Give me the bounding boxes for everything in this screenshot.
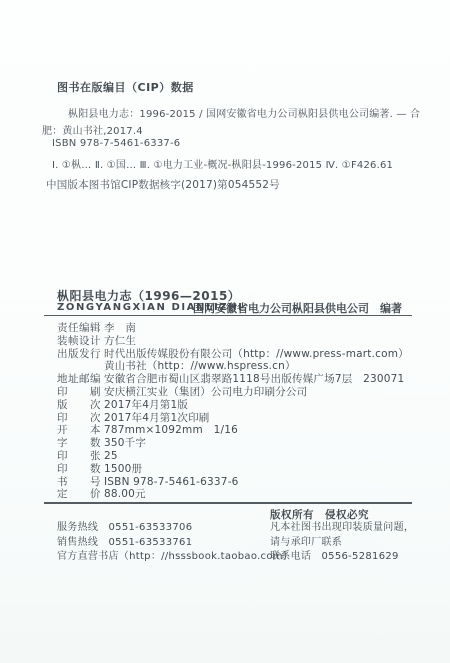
colophon-row-wordcount: 字 数350千字 [57,437,409,450]
colophon-row-designer: 装帧设计方仁生 [57,335,409,348]
service-hotline: 服务热线 0551-63533706 [57,521,293,536]
quality-note-line1: 凡本社图书出现印装质量问题， [270,521,414,536]
copyright-notice: 版权所有 侵权必究 [270,507,369,522]
colophon-value: 方仁生 [104,335,136,347]
footer-contact-left: 服务热线 0551-63533706 销售热线 0551-63533761 官方… [57,521,293,565]
cip-registry-number: 中国版本图书馆CIP数据核字(2017)第054552号 [46,177,280,192]
colophon-value: 2017年4月第1版 [104,399,188,411]
colophon-row-impression: 印 次2017年4月第1次印刷 [57,412,409,425]
colophon-label: 装帧设计 [57,335,104,348]
colophon-value: 时代出版传媒股份有限公司（http：//www.press-mart.com） [104,348,409,360]
colophon-value: 88.00元 [104,488,146,500]
colophon-row-editor: 责任编辑李 南 [57,322,409,335]
cip-heading: 图书在版编目（CIP）数据 [57,79,194,95]
colophon-label: 出版发行 [57,348,104,361]
colophon-label: 印 刷 [57,386,104,399]
quality-note-line2: 请与承印厂联系 [270,536,414,551]
colophon-row-printrun: 印 数1500册 [57,463,409,476]
colophon-label: 印 张 [57,450,104,463]
colophon-row-printer: 印 刷安庆横江实业（集团）公司电力印刷分公司 [57,386,409,399]
divider-thin [44,315,412,316]
cip-classification: Ⅰ. ①枞… Ⅱ. ①国… Ⅲ. ①电力工业-概况-枞阳县-1996-2015 … [52,156,393,171]
colophon-value: 2017年4月第1次印刷 [104,412,209,424]
colophon-row-format: 开 本787mm×1092mm 1/16 [57,424,409,437]
colophon-label: 字 数 [57,437,104,450]
divider-thick [44,502,412,504]
colophon-value: ISBN 978-7-5461-6337-6 [104,476,239,488]
colophon-value: 350千字 [104,437,146,449]
colophon-row-publisher2: 黄山书社（http：//www.hspress.cn） [57,360,409,373]
colophon-label: 责任编辑 [57,322,104,335]
colophon-list: 责任编辑李 南 装帧设计方仁生 出版发行时代出版传媒股份有限公司（http：//… [57,322,409,501]
book-author: 国网安徽省电力公司枞阳县供电公司 编著 [193,300,402,316]
colophon-label: 定 价 [57,488,104,501]
colophon-label: 版 次 [57,399,104,412]
colophon-label: 开 本 [57,424,104,437]
sales-hotline: 销售热线 0551-63533761 [57,536,293,551]
cip-isbn: ISBN 978-7-5461-6337-6 [52,138,180,149]
colophon-row-price: 定 价88.00元 [57,488,409,501]
colophon-value: 25 [104,450,118,462]
colophon-row-sheets: 印 张25 [57,450,409,463]
colophon-row-edition: 版 次2017年4月第1版 [57,399,409,412]
colophon-value: 李 南 [104,322,136,334]
colophon-row-isbn: 书 号ISBN 978-7-5461-6337-6 [57,476,409,489]
colophon-label: 印 数 [57,463,104,476]
copyright-page: 图书在版编目（CIP）数据 枞阳县电力志：1996-2015 / 国网安徽省电力… [0,0,450,663]
colophon-value: 安徽省合肥市蜀山区翡翠路1118号出版传媒广场7层 230071 [104,373,404,385]
contact-phone: 联系电话 0556-5281629 [270,550,414,565]
footer-contact-right: 凡本社图书出现印装质量问题， 请与承印厂联系 联系电话 0556-5281629 [270,521,414,565]
colophon-value: 787mm×1092mm 1/16 [104,424,238,436]
colophon-label: 印 次 [57,412,104,425]
colophon-value: 黄山书社（http：//www.hspress.cn） [104,360,296,372]
colophon-row-publisher: 出版发行时代出版传媒股份有限公司（http：//www.press-mart.c… [57,348,409,361]
colophon-label: 书 号 [57,476,104,489]
colophon-row-address: 地址邮编安徽省合肥市蜀山区翡翠路1118号出版传媒广场7层 230071 [57,373,409,386]
cip-paragraph-line1: 枞阳县电力志：1996-2015 / 国网安徽省电力公司枞阳县供电公司编著. —… [68,105,420,120]
official-bookstore: 官方直营书店（http：//hsssbook.taobao.com） [57,550,293,565]
colophon-value: 安庆横江实业（集团）公司电力印刷分公司 [104,386,307,398]
cip-paragraph-line2: 肥：黄山书社,2017.4 [42,122,143,137]
colophon-value: 1500册 [104,463,142,475]
colophon-label: 地址邮编 [57,373,104,386]
